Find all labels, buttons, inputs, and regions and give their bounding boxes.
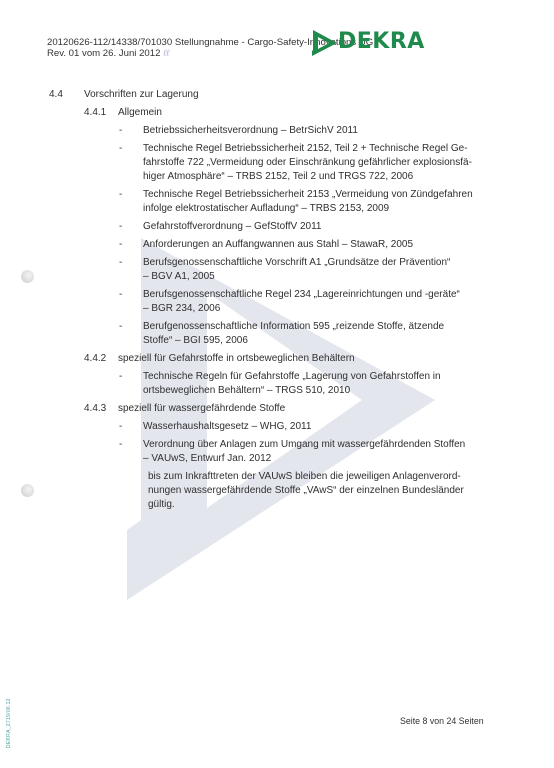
list-item-line: ortsbeweglichen Behältern“ – TRGS 510, 2… (143, 384, 350, 398)
bullet-dash: - (119, 124, 122, 138)
list-item-line: Stoffe“ – BGI 595, 2006 (143, 334, 248, 348)
dekra-chevron-icon (310, 28, 340, 58)
list-item-line: Anforderungen an Auffangwannen aus Stahl… (143, 238, 413, 252)
bullet-dash: - (119, 420, 122, 434)
bullet-dash: - (119, 256, 122, 270)
dekra-wordmark: DEKRA (338, 29, 425, 54)
list-item-line: Betriebssicherheitsverordnung – BetrSich… (143, 124, 358, 138)
list-item-line: Berufsgenossenschaftliche Vorschrift A1 … (143, 256, 450, 270)
bullet-dash: - (119, 142, 122, 156)
list-item-line: Berufsgenossenschaftliche Regel 234 „Lag… (143, 288, 460, 302)
list-item-line: Verordnung über Anlagen zum Umgang mit w… (143, 438, 465, 452)
subsection-number: 4.4.1 (84, 106, 106, 120)
document-body: 4.4Vorschriften zur Lagerung4.4.1Allgeme… (0, 0, 554, 768)
bullet-dash: - (119, 220, 122, 234)
note-line: bis zum Inkrafttreten der VAUwS bleiben … (148, 470, 461, 484)
list-item-line: – BGR 234, 2006 (143, 302, 220, 316)
subsection-number: 4.4.3 (84, 402, 106, 416)
list-item-line: Gefahrstoffverordnung – GefStoffV 2011 (143, 220, 321, 234)
list-item-line: Technische Regeln für Gefahrstoffe „Lage… (143, 370, 441, 384)
bullet-dash: - (119, 438, 122, 452)
section-title: Vorschriften zur Lagerung (84, 88, 199, 102)
bullet-dash: - (119, 188, 122, 202)
subsection-title: Allgemein (118, 106, 162, 120)
list-item-line: Wasserhaushaltsgesetz – WHG, 2011 (143, 420, 311, 434)
bullet-dash: - (119, 370, 122, 384)
list-item-line: higer Atmosphäre“ – TRBS 2152, Teil 2 un… (143, 170, 413, 184)
list-item-line: fahrstoffe 722 „Vermeidung oder Einschrä… (143, 156, 472, 170)
note-line: nungen wassergefährdende Stoffe „VAwS“ d… (148, 484, 464, 498)
bullet-dash: - (119, 238, 122, 252)
bullet-dash: - (119, 288, 122, 302)
bullet-dash: - (119, 320, 122, 334)
list-item-line: – BGV A1, 2005 (143, 270, 215, 284)
dekra-logo: DEKRA (304, 28, 434, 58)
subsection-title: speziell für wassergefährdende Stoffe (118, 402, 285, 416)
list-item-line: infolge elektrostatischer Aufladung“ – T… (143, 202, 389, 216)
section-number: 4.4 (49, 88, 63, 102)
list-item-line: Technische Regel Betriebssicherheit 2152… (143, 142, 468, 156)
subsection-number: 4.4.2 (84, 352, 106, 366)
subsection-title: speziell für Gefahrstoffe in ortsbewegli… (118, 352, 355, 366)
list-item-line: Technische Regel Betriebssicherheit 2153… (143, 188, 473, 202)
list-item-line: – VAUwS, Entwurf Jan. 2012 (143, 452, 271, 466)
list-item-line: Berufgenossenschaftliche Information 595… (143, 320, 444, 334)
note-line: gültig. (148, 498, 175, 512)
page-number: Seite 8 von 24 Seiten (400, 716, 484, 726)
form-code: DEKRA_2719/06.12 (6, 698, 12, 748)
